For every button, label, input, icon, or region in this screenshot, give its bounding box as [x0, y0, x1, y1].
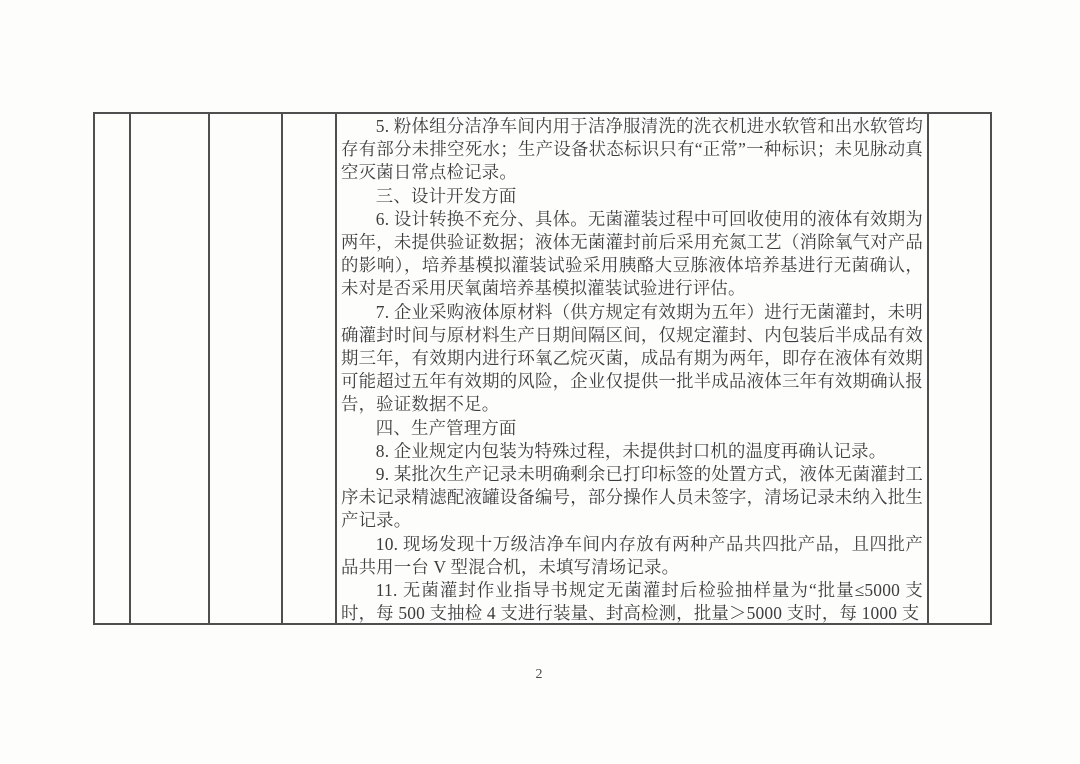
inspection-findings-table: 5. 粉体组分洁净车间内用于洁净服清洗的洗衣机进水软管和出水软管均存有部分未排空… — [93, 112, 992, 625]
finding-item-6: 6. 设计转换不充分、具体。无菌灌装过程中可回收使用的液体有效期为两年，未提供验… — [341, 208, 923, 301]
page-number: 2 — [493, 667, 585, 683]
table-cell-empty-2 — [131, 114, 210, 623]
section-heading-production-management: 四、生产管理方面 — [341, 417, 923, 440]
finding-item-7: 7. 企业采购液体原材料（供方规定有效期为五年）进行无菌灌封，未明确灌封时间与原… — [341, 301, 923, 417]
finding-item-11: 11. 无菌灌封作业指导书规定无菌灌封后检验抽样量为“批量≤5000 支时，每 … — [341, 579, 923, 623]
finding-item-8: 8. 企业规定内包装为特殊过程，未提供封口机的温度再确认记录。 — [341, 440, 923, 463]
finding-item-5: 5. 粉体组分洁净车间内用于洁净服清洗的洗衣机进水软管和出水软管均存有部分未排空… — [341, 115, 923, 185]
findings-content-cell: 5. 粉体组分洁净车间内用于洁净服清洗的洗衣机进水软管和出水软管均存有部分未排空… — [337, 114, 929, 623]
finding-item-9: 9. 某批次生产记录未明确剩余已打印标签的处置方式，液体无菌灌封工序未记录精滤配… — [341, 463, 923, 533]
table-cell-empty-3 — [210, 114, 283, 623]
finding-item-10: 10. 现场发现十万级洁净车间内存放有两种产品共四批产品，且四批产品共用一台 V… — [341, 533, 923, 579]
table-cell-empty-4 — [283, 114, 337, 623]
document-page: 5. 粉体组分洁净车间内用于洁净服清洗的洗衣机进水软管和出水软管均存有部分未排空… — [0, 0, 1080, 764]
table-cell-empty-right — [929, 114, 990, 623]
section-heading-design-development: 三、设计开发方面 — [341, 185, 923, 208]
table-cell-empty-1 — [95, 114, 131, 623]
